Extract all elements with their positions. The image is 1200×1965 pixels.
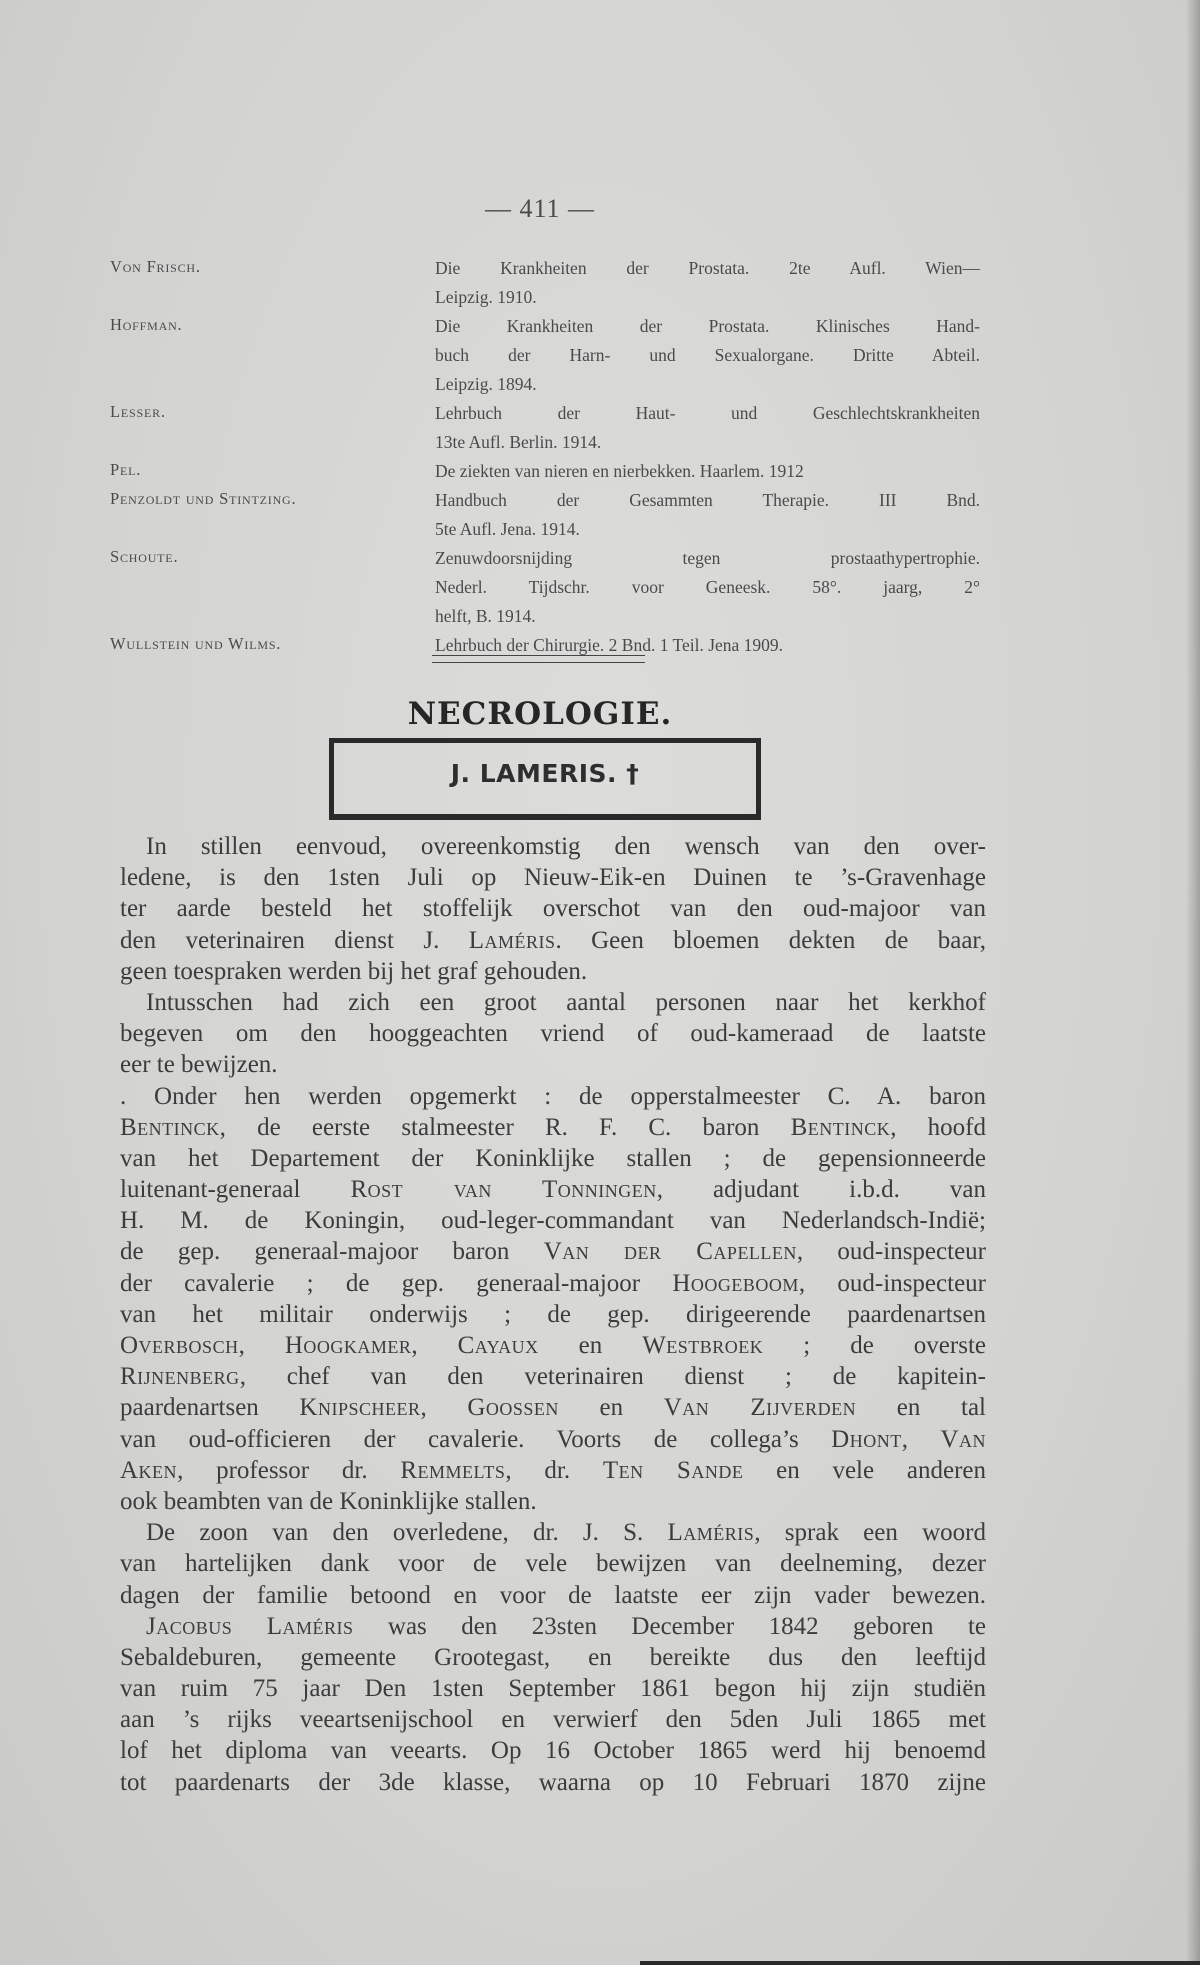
page-edge-bottom [640,1961,1200,1965]
person-name: Van Zijverden [664,1394,856,1421]
body-line: den veterinairen dienst J. Laméris. Geen… [120,925,986,956]
body-line: der cavalerie ; de gep. generaal-majoor … [120,1268,986,1299]
person-name: Van der Capellen [544,1238,797,1265]
reference-title-line: Zenuwdoorsnijding tegen prostaathypertro… [435,544,980,573]
obituary-body: In stillen eenvoud, overeenkomstig den w… [120,831,986,1798]
person-name: Jacobus [146,1613,232,1640]
body-line: luitenant-generaal Rost van Tonningen, a… [120,1174,986,1205]
reference-title: Die Krankheiten der Prostata. Klinisches… [435,312,980,399]
body-line: begeven om den hooggeachten vriend of ou… [120,1018,986,1049]
body-line: van het militair onderwijs ; de gep. dir… [120,1299,986,1330]
person-name: Bentinck [120,1114,220,1141]
person-name: Laméris [469,927,556,954]
reference-title: Die Krankheiten der Prostata. 2te Aufl. … [435,254,980,312]
reference-author: Lesser. [110,402,166,422]
person-name: Laméris [267,1613,354,1640]
body-line: ook beambten van de Koninklijke stallen. [120,1486,986,1517]
person-name: Cayaux [458,1332,539,1359]
body-line: Sebaldeburen, gemeente Grootegast, en be… [120,1642,986,1673]
person-name: Hoogkamer [285,1332,412,1359]
body-line: dagen der familie betoond en voor de laa… [120,1580,986,1611]
person-name: Knipscheer [299,1394,420,1421]
body-line: Overbosch, Hoogkamer, Cayaux en Westbroe… [120,1330,986,1361]
body-line: ter aarde besteld het stoffelijk oversch… [120,893,986,924]
reference-author: Penzoldt und Stintzing. [110,489,296,509]
body-line: paardenartsen Knipscheer, Goossen en Van… [120,1392,986,1423]
body-line: de gep. generaal-majoor baron Van der Ca… [120,1236,986,1267]
double-rule-divider [432,655,645,663]
reference-title: Lehrbuch der Haut- und Geschlechtskrankh… [435,399,980,457]
reference-title: Zenuwdoorsnijding tegen prostaathypertro… [435,544,980,631]
page-edge-shadow [1186,0,1200,1965]
body-line: . Onder hen werden opgemerkt : de oppers… [120,1081,986,1112]
reference-title-line: Die Krankheiten der Prostata. 2te Aufl. … [435,254,980,283]
body-line: ledene, is den 1sten Juli op Nieuw-Eik-e… [120,862,986,893]
scanned-page: — 411 — Von Frisch.Die Krankheiten der P… [0,0,1200,1965]
obituary-name: J. LAMERIS. † [334,759,756,788]
reference-author: Von Frisch. [110,257,201,277]
body-line: lof het diploma van veearts. Op 16 Octob… [120,1735,986,1766]
body-line: Bentinck, de eerste stalmeester R. F. C.… [120,1112,986,1143]
body-line: van oud-officieren der cavalerie. Voorts… [120,1424,986,1455]
reference-author: Hoffman. [110,315,182,335]
reference-title-line: 13te Aufl. Berlin. 1914. [435,428,980,457]
person-name: Aken [120,1457,177,1484]
person-name: Remmelts [400,1457,505,1484]
reference-author: Pel. [110,460,141,480]
body-line: H. M. de Koningin, oud-leger-commandant … [120,1205,986,1236]
person-name: Goossen [467,1394,559,1421]
body-line: tot paardenarts der 3de klasse, waarna o… [120,1767,986,1798]
body-line: Intusschen had zich een groot aantal per… [120,987,986,1018]
body-line: Aken, professor dr. Remmelts, dr. Ten Sa… [120,1455,986,1486]
person-name: Rost van Tonningen [351,1176,657,1203]
body-line: De zoon van den overledene, dr. J. S. La… [120,1517,986,1548]
body-line: Rijnenberg, chef van den veterinairen di… [120,1361,986,1392]
person-name: Ten Sande [603,1457,743,1484]
person-name: Laméris [668,1519,755,1546]
page-number: — 411 — [0,194,1080,224]
person-name: Hoogeboom [672,1270,799,1297]
section-title: NECROLOGIE. [0,696,1080,732]
reference-title-line: buch der Harn- und Sexualorgane. Dritte … [435,341,980,370]
body-line: eer te bewijzen. [120,1049,986,1080]
person-name: Rijnenberg [120,1363,240,1390]
reference-author: Wullstein und Wilms. [110,634,281,654]
reference-title-line: Lehrbuch der Haut- und Geschlechtskrankh… [435,399,980,428]
obituary-name-box: J. LAMERIS. † [329,738,761,820]
reference-title: Handbuch der Gesammten Therapie. III Bnd… [435,486,980,544]
body-line: van het Departement der Koninklijke stal… [120,1143,986,1174]
reference-title-line: Nederl. Tijdschr. voor Geneesk. 58°. jaa… [435,573,980,602]
body-line: van ruim 75 jaar Den 1sten September 186… [120,1673,986,1704]
body-line: aan ’s rijks veeartsenijschool en verwie… [120,1704,986,1735]
person-name: Westbroek [642,1332,763,1359]
reference-title-line: De ziekten van nieren en nierbekken. Haa… [435,457,980,486]
reference-title-line: 5te Aufl. Jena. 1914. [435,515,980,544]
person-name: Overbosch [120,1332,239,1359]
body-line: Jacobus Laméris was den 23sten December … [120,1611,986,1642]
reference-title-line: Die Krankheiten der Prostata. Klinisches… [435,312,980,341]
person-name: Van [940,1426,986,1453]
body-line: geen toespraken werden bij het graf geho… [120,956,986,987]
body-line: van hartelijken dank voor de vele bewijz… [120,1548,986,1579]
reference-title-line: Leipzig. 1910. [435,283,980,312]
body-line: In stillen eenvoud, overeenkomstig den w… [120,831,986,862]
reference-title-line: helft, B. 1914. [435,602,980,631]
reference-title-line: Handbuch der Gesammten Therapie. III Bnd… [435,486,980,515]
reference-title-line: Leipzig. 1894. [435,370,980,399]
person-name: Bentinck [791,1114,891,1141]
reference-author: Schoute. [110,547,178,567]
person-name: Dhont [831,1426,902,1453]
reference-title: De ziekten van nieren en nierbekken. Haa… [435,457,980,486]
